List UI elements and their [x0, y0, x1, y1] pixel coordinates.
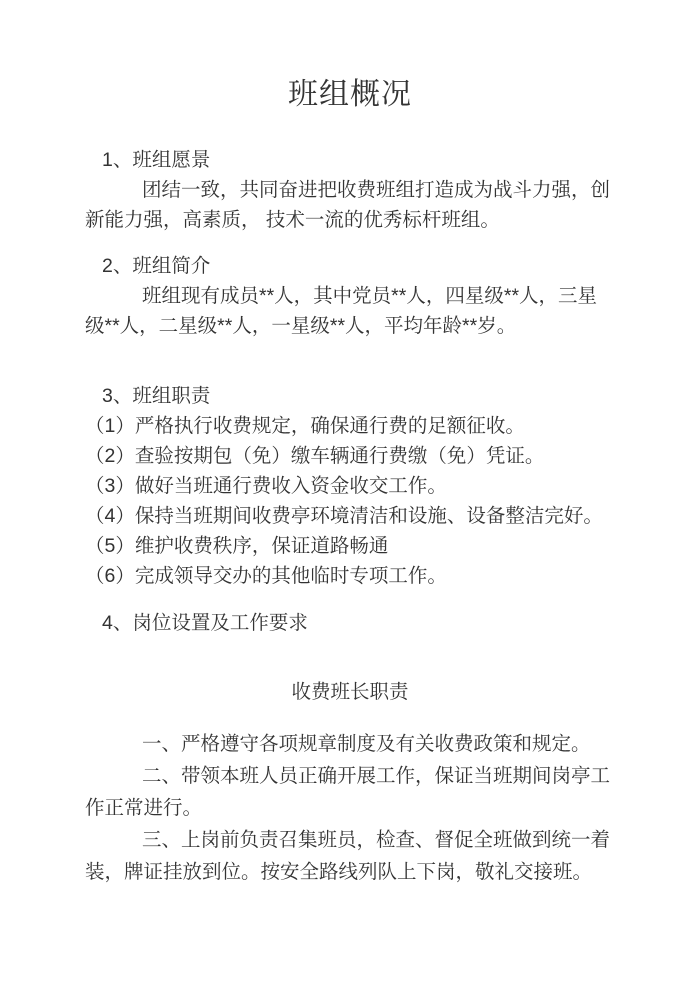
section-positions-heading: 4、岗位设置及工作要求 [85, 608, 615, 638]
duty-item-5: （5）维护收费秩序，保证道路畅通 [85, 531, 615, 561]
leader-duty-line-3: 作正常进行。 [85, 792, 615, 824]
intro-line-1: 班组现有成员**人，其中党员**人，四星级**人，三星 [85, 281, 615, 311]
intro-line-2: 级**人，二星级**人，一星级**人，平均年龄**岁。 [85, 311, 615, 341]
duty-item-2: （2）查验按期包（免）缴车辆通行费缴（免）凭证。 [85, 441, 615, 471]
section-intro-heading: 2、班组简介 [85, 251, 615, 281]
vision-line-2: 新能力强，高素质， 技术一流的优秀标杆班组。 [85, 205, 615, 235]
leader-duties-subtitle: 收费班长职责 [85, 677, 615, 707]
vision-line-1: 团结一致，共同奋进把收费班组打造成为战斗力强，创 [85, 175, 615, 205]
section-vision-heading: 1、班组愿景 [85, 145, 615, 175]
leader-duties-block: 一、严格遵守各项规章制度及有关收费政策和规定。 二、带领本班人员正确开展工作，保… [85, 728, 615, 888]
duty-item-1: （1）严格执行收费规定，确保通行费的足额征收。 [85, 411, 615, 441]
leader-duty-line-1: 一、严格遵守各项规章制度及有关收费政策和规定。 [85, 728, 615, 760]
document-title: 班组概况 [0, 0, 700, 116]
leader-duty-line-5: 装，牌证挂放到位。按安全路线列队上下岗，敬礼交接班。 [85, 856, 615, 888]
document-body: 1、班组愿景 团结一致，共同奋进把收费班组打造成为战斗力强，创 新能力强，高素质… [0, 145, 700, 888]
duty-item-3: （3）做好当班通行费收入资金收交工作。 [85, 471, 615, 501]
duty-item-6: （6）完成领导交办的其他临时专项工作。 [85, 561, 615, 591]
duty-item-4: （4）保持当班期间收费亭环境清洁和设施、设备整洁完好。 [85, 501, 615, 531]
section-duties-heading: 3、班组职责 [85, 381, 615, 411]
leader-duty-line-4: 三、上岗前负责召集班员，检查、督促全班做到统一着 [85, 824, 615, 856]
leader-duty-line-2: 二、带领本班人员正确开展工作，保证当班期间岗亭工 [85, 760, 615, 792]
document-page: 班组概况 1、班组愿景 团结一致，共同奋进把收费班组打造成为战斗力强，创 新能力… [0, 0, 700, 990]
